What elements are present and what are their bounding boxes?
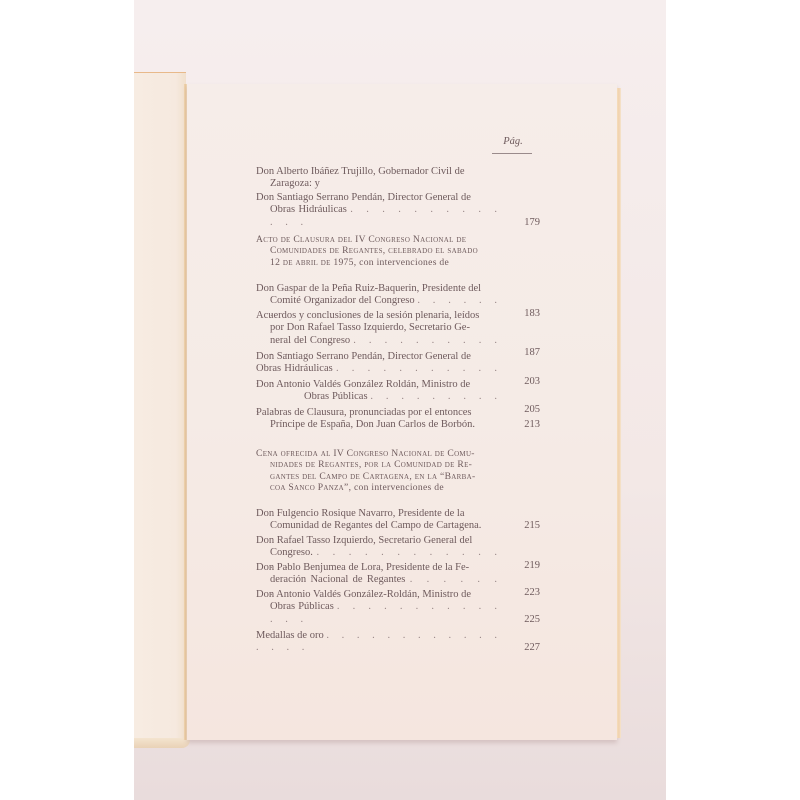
page-column-header: Pág. (486, 136, 540, 147)
toc-page-number: 203 (510, 376, 540, 388)
toc-entry: Medallas de oro . . . . . . . . . . . . … (256, 630, 502, 655)
book-cover-corner (134, 738, 190, 748)
toc-page-number: 219 (510, 560, 540, 572)
toc-page-number: 227 (510, 642, 540, 654)
toc-page-number: 225 (510, 614, 540, 626)
toc-entry: Don Antonio Valdés González-Roldán, Mini… (256, 589, 502, 626)
toc-page-number: 215 (510, 520, 540, 532)
page-stack-edge (617, 88, 621, 738)
header-rule (492, 153, 532, 154)
toc-page-number: 187 (510, 347, 540, 359)
toc-entry: Don Fulgencio Rosique Navarro, President… (256, 508, 502, 533)
left-page-edge (134, 72, 186, 741)
toc-section-heading: Cena ofrecida al IV Congreso Nacional de… (256, 448, 502, 494)
toc-page-number: 205 (510, 404, 540, 416)
toc-entry: Don Alberto Ibáñez Trujillo, Gobernador … (256, 166, 502, 191)
toc-entry-text: Don Santiago Serrano Pendán, Director Ge… (256, 192, 502, 229)
toc-page-number: 183 (510, 308, 540, 320)
toc-entry: Palabras de Clausura, pronunciadas por e… (256, 407, 502, 432)
toc-section-heading: Acto de Clausura del IV Congreso Naciona… (256, 234, 502, 268)
toc-entry: Don Santiago Serrano Pendán, Director Ge… (256, 192, 502, 229)
toc-page-number: 179 (510, 217, 540, 229)
toc-entry-text: Don Alberto Ibáñez Trujillo, Gobernador … (256, 166, 502, 191)
toc-page-number: 223 (510, 587, 540, 599)
toc-page-number: 213 (510, 419, 540, 431)
